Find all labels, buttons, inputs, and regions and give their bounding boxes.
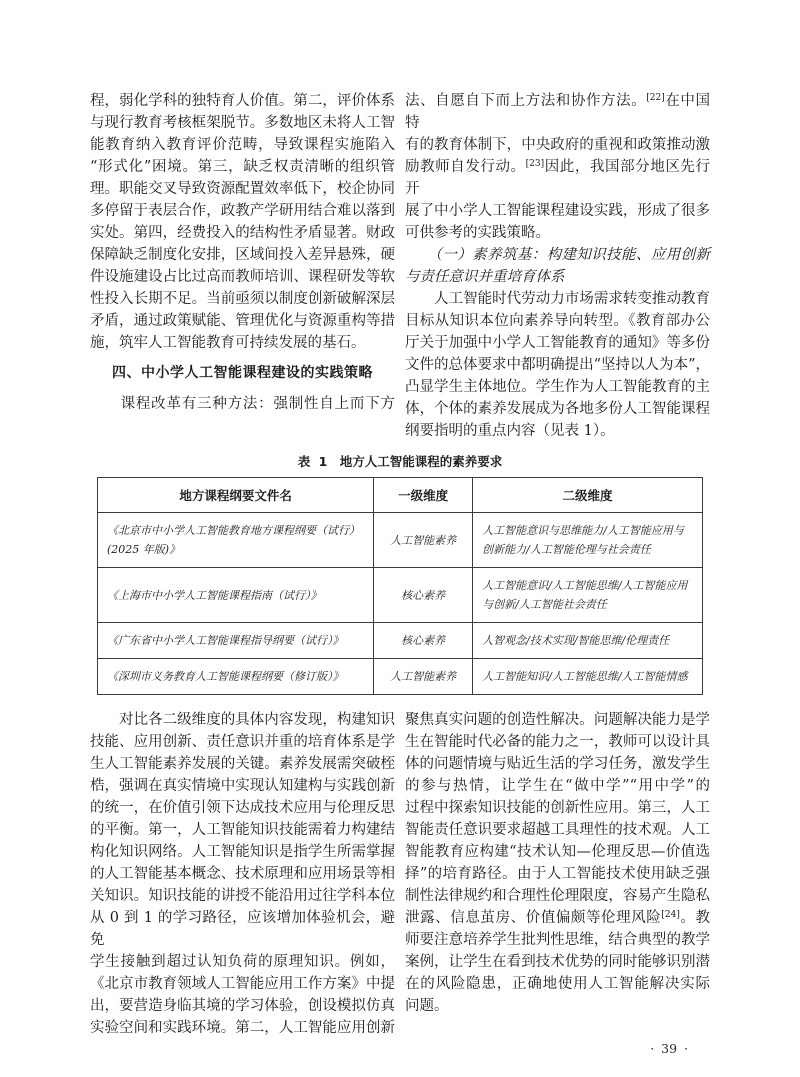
column-bottom-left: 对比各二级维度的具体内容发现，构建知识技能、应用创新、责任意识并重的培育体系是学… <box>90 709 395 1039</box>
text-line: 案例，让学生在看到技术优势的同时能够识别潜 <box>405 951 710 973</box>
text-line: 在的风险隐患，正确地使用人工智能解决实际 <box>405 973 710 995</box>
primary-dimension-cell: 核心素养 <box>374 623 473 659</box>
table-row: 《深圳市义务教育人工智能课程纲要（修订版）》人工智能素养人工智能知识/人工智能思… <box>98 659 703 695</box>
text-line: 从 0 到 1 的学习路径，应该增加体验机会，避免 <box>90 907 395 951</box>
column-bottom-right: 聚焦真实问题的创造性解决。问题解决能力是学生在智能时代必备的能力之一，教师可以设… <box>405 709 710 1039</box>
text-line: 实处。第四，经费投入的结构性矛盾显著。财政 <box>90 222 395 244</box>
text-line: 励教师自发行动。[23]因此，我国部分地区先行开 <box>405 156 710 200</box>
primary-dimension-cell: 人工智能素养 <box>374 513 473 568</box>
text-line: 梏，强调在真实情境中实现认知建构与实践创新 <box>90 775 395 797</box>
table-row: 《北京市中小学人工智能教育地方课程纲要（试行）(2025 年版)》人工智能素养人… <box>98 513 703 568</box>
text-line: 生人工智能素养发展的关键。素养发展需突破桎 <box>90 753 395 775</box>
citation-ref: [22] <box>646 93 664 103</box>
column-top-right: 法、自愿自下而上方法和协作方法。[22]在中国特有的教育体制下，中央政府的重视和… <box>405 90 710 442</box>
text-line: 对比各二级维度的具体内容发现，构建知识 <box>90 709 395 731</box>
table-caption: 表 1 地方人工智能课程的素养要求 <box>90 452 710 470</box>
text-line: 文件的总体要求中都明确提出“坚持以人为本”， <box>405 354 710 376</box>
document-name-cell: 《广东省中小学人工智能课程指导纲要（试行）》 <box>98 623 374 659</box>
local-ai-curriculum-table: 地方课程纲要文件名一级维度二级维度 《北京市中小学人工智能教育地方课程纲要（试行… <box>97 477 703 695</box>
subsection-heading-line: 与责任意识并重培育体系 <box>405 266 710 288</box>
text-line: 凸显学生主体地位。学生作为人工智能教育的主 <box>405 376 710 398</box>
text-line: 的统一，在价值引领下达成技术应用与伦理反思 <box>90 797 395 819</box>
table-header-row: 地方课程纲要文件名一级维度二级维度 <box>98 478 703 513</box>
text-line: 泄露、信息茧房、价值偏颇等伦理风险[24]。教 <box>405 907 710 929</box>
text-line: 师要注意培养学生批判性思维，结合典型的教学 <box>405 929 710 951</box>
text-line: 法、自愿自下而上方法和协作方法。[22]在中国特 <box>405 90 710 134</box>
text-line: 技能、应用创新、责任意识并重的培育体系是学 <box>90 731 395 753</box>
text-line: 生在智能时代必备的能力之一，教师可以设计具 <box>405 731 710 753</box>
text-line: 问题。 <box>405 995 710 1017</box>
section-heading: 四、中小学人工智能课程建设的实践策略 <box>90 362 395 384</box>
text-line: 实验空间和实践环境。第二，人工智能应用创新 <box>90 1017 395 1039</box>
paper-page: 程，弱化学科的独特育人价值。第二，评价体系与现行教育考核框架脱节。多数地区未将人… <box>0 0 800 1077</box>
text-line: 矛盾，通过政策赋能、管理优化与资源重构等措 <box>90 310 395 332</box>
table-body: 《北京市中小学人工智能教育地方课程纲要（试行）(2025 年版)》人工智能素养人… <box>98 513 703 695</box>
text-line: 性投入长期不足。当前亟须以制度创新破解深层 <box>90 288 395 310</box>
table-header-cell: 一级维度 <box>374 478 473 513</box>
text-line: 聚焦真实问题的创造性解决。问题解决能力是学 <box>405 709 710 731</box>
document-name-cell: 《深圳市义务教育人工智能课程纲要（修订版）》 <box>98 659 374 695</box>
text-line: “形式化”困境。第三，缺乏权责清晰的组织管 <box>90 156 395 178</box>
bottom-text-row: 对比各二级维度的具体内容发现，构建知识技能、应用创新、责任意识并重的培育体系是学… <box>90 709 710 1039</box>
text-line: 施，筑牢人工智能教育可持续发展的基石。 <box>90 332 395 354</box>
secondary-dimension-cell: 人工智能意识/人工智能思维/人工智能应用与创新/人工智能社会责任 <box>473 568 703 623</box>
text-line: 体的问题情境与贴近生活的学习任务，激发学生 <box>405 753 710 775</box>
document-name-cell: 《上海市中小学人工智能课程指南（试行）》 <box>98 568 374 623</box>
text-line: 保障缺乏制度化安排，区域间投入差异悬殊，硬 <box>90 244 395 266</box>
text-line: 择”的培育路径。由于人工智能技术使用缺乏强 <box>405 863 710 885</box>
citation-ref: [24] <box>661 910 679 920</box>
table-head: 地方课程纲要文件名一级维度二级维度 <box>98 478 703 513</box>
text-line: 学生接触到超过认知负荷的原理知识。例如， <box>90 951 395 973</box>
column-top-left: 程，弱化学科的独特育人价值。第二，评价体系与现行教育考核框架脱节。多数地区未将人… <box>90 90 395 442</box>
page-number: · 39 · <box>650 1041 688 1056</box>
table-header-cell: 二级维度 <box>473 478 703 513</box>
text-line: 课程改革有三种方法：强制性自上而下方 <box>90 393 395 415</box>
text-line: 《北京市教育领域人工智能应用工作方案》中提 <box>90 973 395 995</box>
secondary-dimension-cell: 人智观念/技术实现/智能思维/伦理责任 <box>473 623 703 659</box>
text-line: 的平衡。第一，人工智能知识技能需着力构建结 <box>90 819 395 841</box>
text-line: 纲要指明的重点内容（见表 1）。 <box>405 420 710 442</box>
text-line: 智能责任意识要求超越工具理性的技术观。人工 <box>405 819 710 841</box>
table-section: 表 1 地方人工智能课程的素养要求 地方课程纲要文件名一级维度二级维度 《北京市… <box>90 452 710 695</box>
citation-ref: [23] <box>526 159 544 169</box>
text-line: 构化知识网络。人工智能知识是指学生所需掌握 <box>90 841 395 863</box>
text-line: 的参与热情，让学生在“做中学”“用中学”的 <box>405 775 710 797</box>
secondary-dimension-cell: 人工智能意识与思维能力/人工智能应用与创新能力/人工智能伦理与社会责任 <box>473 513 703 568</box>
text-line: 的人工智能基本概念、技术原理和应用场景等相 <box>90 863 395 885</box>
text-line: 过程中探索知识技能的创新性应用。第三，人工 <box>405 797 710 819</box>
table-header-cell: 地方课程纲要文件名 <box>98 478 374 513</box>
text-line: 有的教育体制下，中央政府的重视和政策推动激 <box>405 134 710 156</box>
text-line: 能教育纳入教育评价范畴，导致课程实施陷入 <box>90 134 395 156</box>
primary-dimension-cell: 核心素养 <box>374 568 473 623</box>
subsection-heading-line: （一）素养筑基：构建知识技能、应用创新 <box>405 244 710 266</box>
text-line: 多停留于表层合作，政教产学研用结合难以落到 <box>90 200 395 222</box>
text-line: 智能教育应构建“技术认知—伦理反思—价值选 <box>405 841 710 863</box>
primary-dimension-cell: 人工智能素养 <box>374 659 473 695</box>
table-row: 《广东省中小学人工智能课程指导纲要（试行）》核心素养人智观念/技术实现/智能思维… <box>98 623 703 659</box>
text-line: 出，要营造身临其境的学习体验，创设模拟仿真 <box>90 995 395 1017</box>
text-line: 件设施建设占比过高而教师培训、课程研发等软 <box>90 266 395 288</box>
text-line: 人工智能时代劳动力市场需求转变推动教育 <box>405 288 710 310</box>
text-line: 展了中小学人工智能课程建设实践，形成了很多 <box>405 200 710 222</box>
text-line: 关知识。知识技能的讲授不能沿用过往学科本位 <box>90 885 395 907</box>
secondary-dimension-cell: 人工智能知识/人工智能思维/人工智能情感 <box>473 659 703 695</box>
text-line: 理。职能交叉导致资源配置效率低下，校企协同 <box>90 178 395 200</box>
text-line: 体，个体的素养发展成为各地多份人工智能课程 <box>405 398 710 420</box>
document-name-cell: 《北京市中小学人工智能教育地方课程纲要（试行）(2025 年版)》 <box>98 513 374 568</box>
text-line: 可供参考的实践策略。 <box>405 222 710 244</box>
text-line: 制性法律规约和合理性伦理限度，容易产生隐私 <box>405 885 710 907</box>
top-text-row: 程，弱化学科的独特育人价值。第二，评价体系与现行教育考核框架脱节。多数地区未将人… <box>90 90 710 442</box>
table-row: 《上海市中小学人工智能课程指南（试行）》核心素养人工智能意识/人工智能思维/人工… <box>98 568 703 623</box>
text-line: 程，弱化学科的独特育人价值。第二，评价体系 <box>90 90 395 112</box>
text-line: 厅关于加强中小学人工智能教育的通知》等多份 <box>405 332 710 354</box>
page-footer: · 39 · <box>90 1041 710 1056</box>
text-line: 目标从知识本位向素养导向转型。《教育部办公 <box>405 310 710 332</box>
text-line: 与现行教育考核框架脱节。多数地区未将人工智 <box>90 112 395 134</box>
